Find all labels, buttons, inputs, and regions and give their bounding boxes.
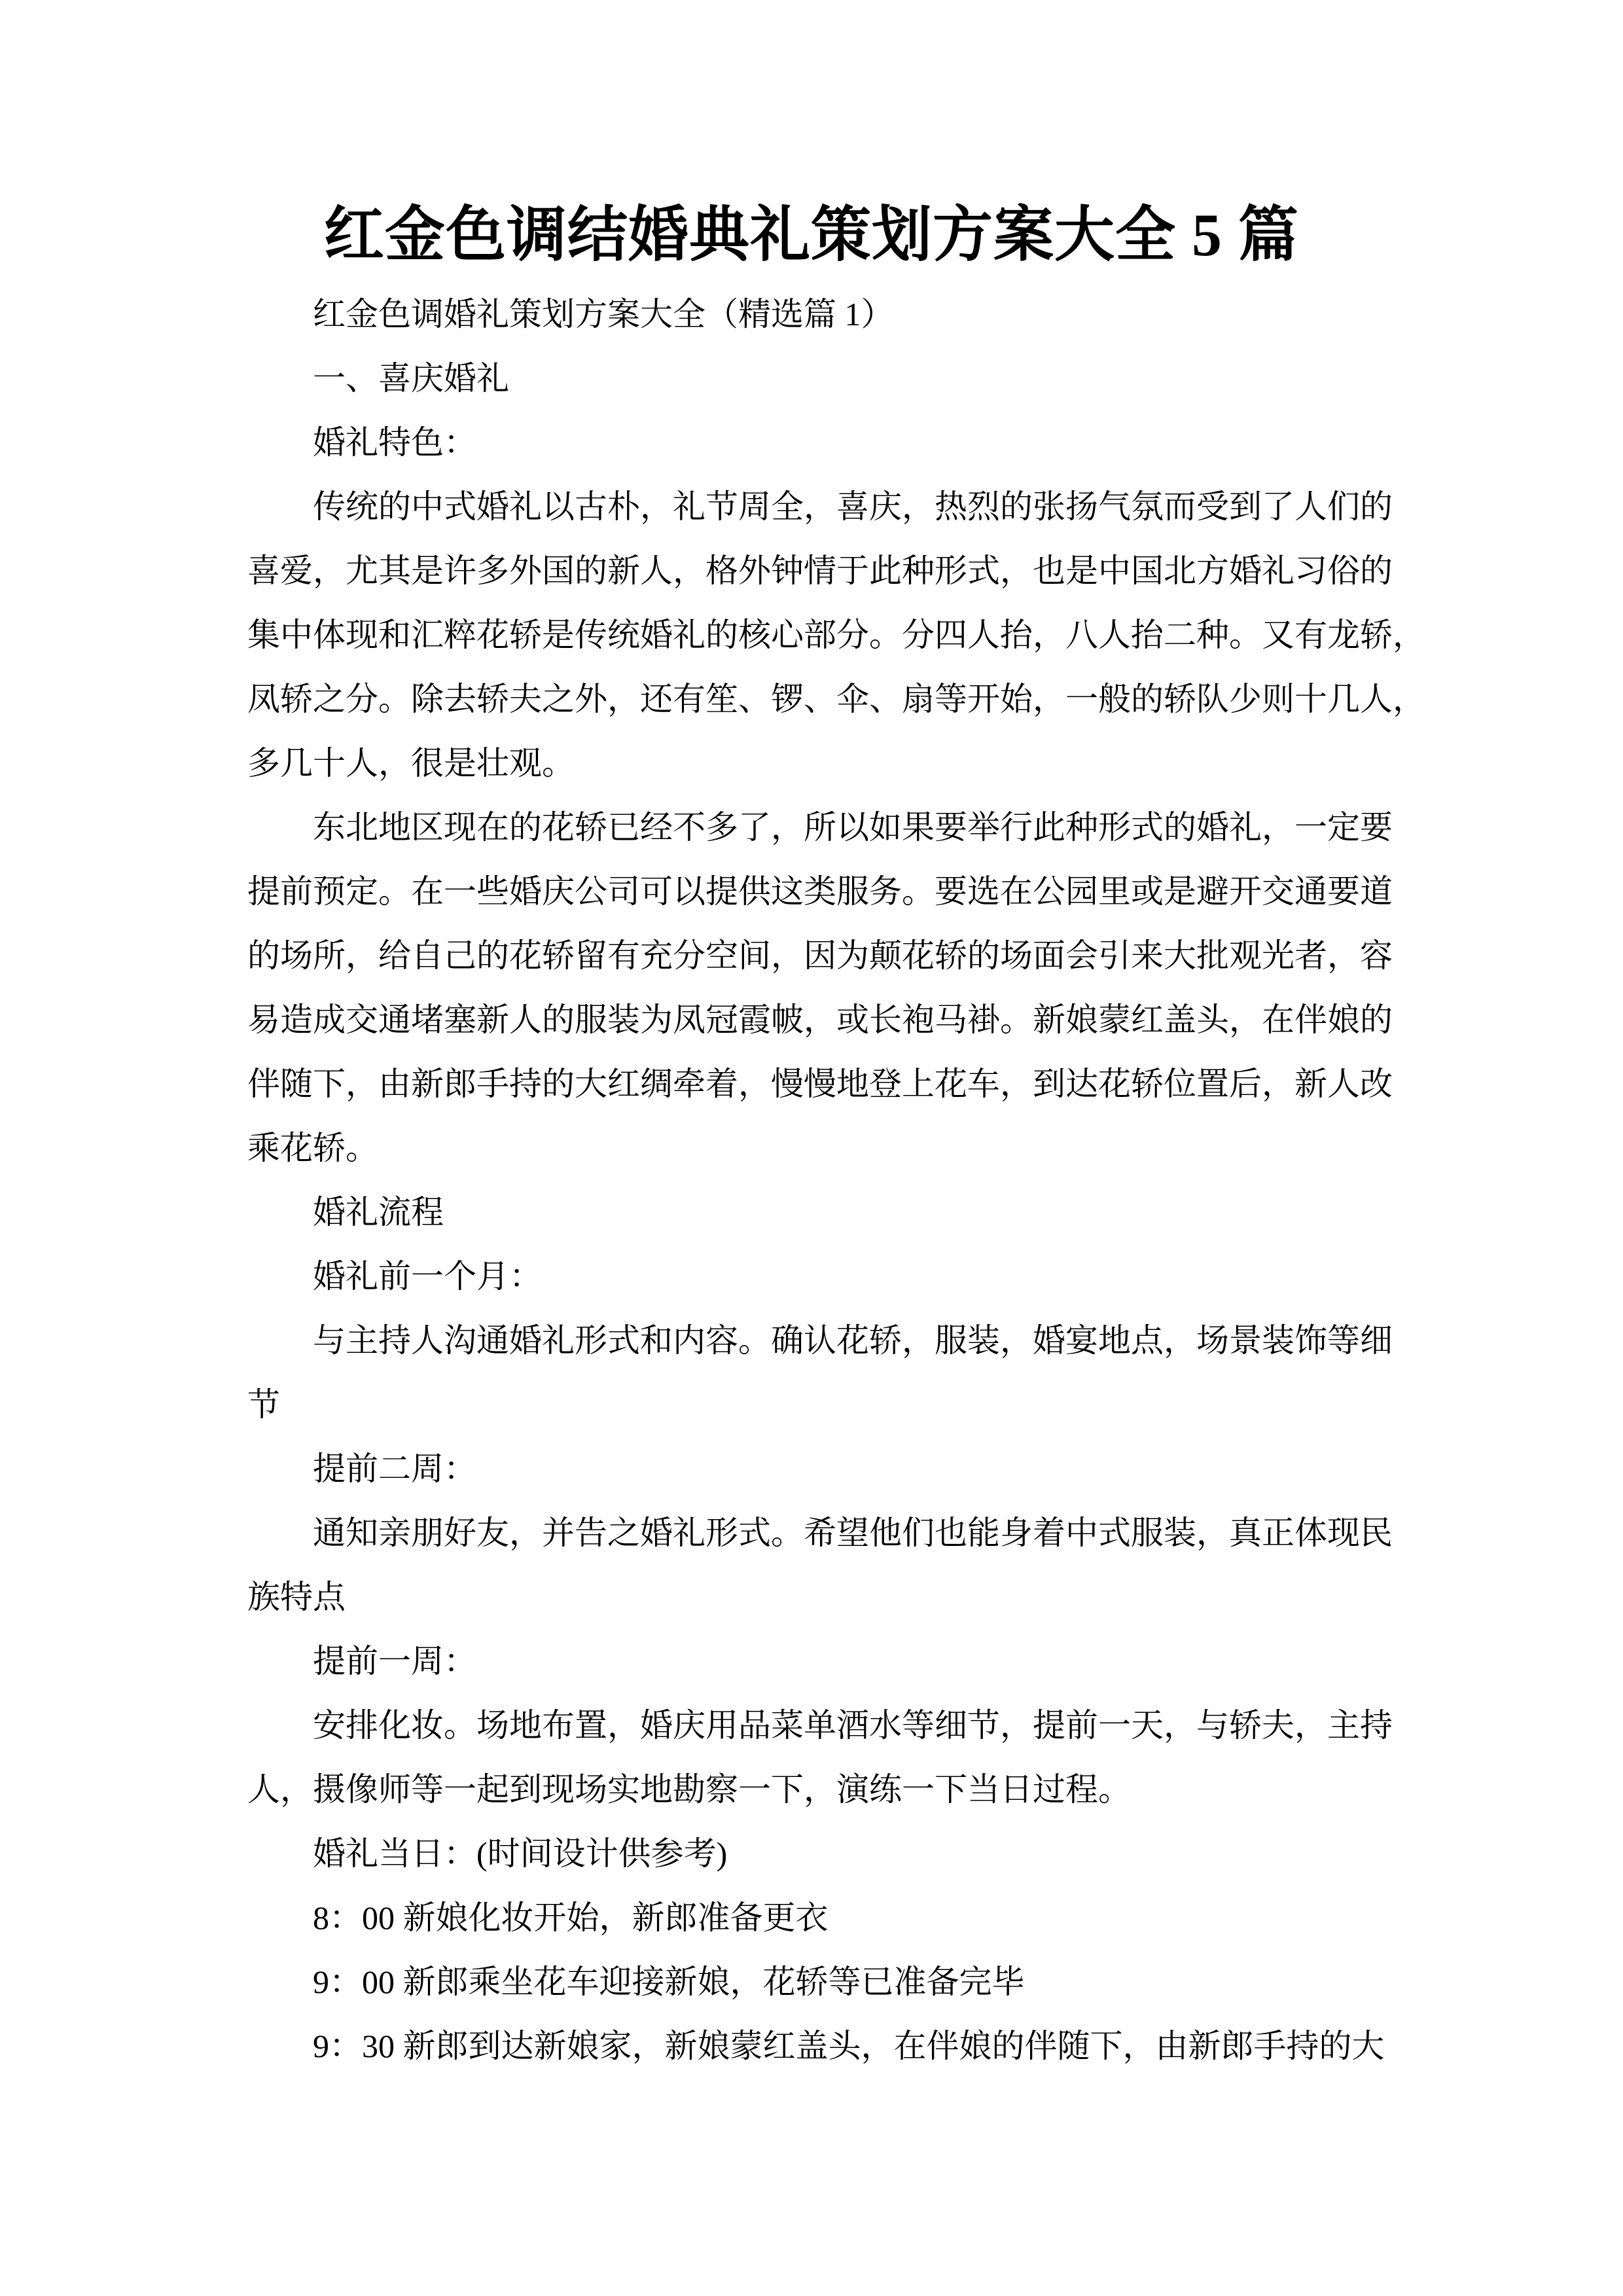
document-page: 红金色调结婚典礼策划方案大全 5 篇 红金色调婚礼策划方案大全（精选篇 1） 一… xyxy=(0,0,1623,2296)
text-line: 集中体现和汇粹花轿是传统婚礼的核心部分。分四人抬，八人抬二种。又有龙轿， xyxy=(247,603,1394,667)
text-line: 9：00 新郎乘坐花车迎接新娘，花轿等已准备完毕 xyxy=(247,1950,1394,2014)
text-line: 喜爱，尤其是许多外国的新人，格外钟情于此种形式，也是中国北方婚礼习俗的 xyxy=(247,539,1394,603)
text-line: 东北地区现在的花轿已经不多了，所以如果要举行此种形式的婚礼，一定要 xyxy=(247,795,1394,859)
text-line: 多几十人，很是壮观。 xyxy=(247,731,1394,795)
text-line: 人，摄像师等一起到现场实地勘察一下，演练一下当日过程。 xyxy=(247,1757,1394,1821)
text-line: 的场所，给自己的花轿留有充分空间，因为颠花轿的场面会引来大批观光者，容 xyxy=(247,924,1394,988)
text-line: 乘花轿。 xyxy=(247,1116,1394,1180)
text-line: 节 xyxy=(247,1372,1394,1437)
text-line: 传统的中式婚礼以古朴，礼节周全，喜庆，热烈的张扬气氛而受到了人们的 xyxy=(247,475,1394,539)
text-line: 婚礼流程 xyxy=(247,1180,1394,1244)
text-line: 通知亲朋好友，并告之婚礼形式。希望他们也能身着中式服装，真正体现民 xyxy=(247,1501,1394,1565)
text-line: 一、喜庆婚礼 xyxy=(247,346,1394,410)
text-line: 凤轿之分。除去轿夫之外，还有笙、锣、伞、扇等开始，一般的轿队少则十几人， xyxy=(247,667,1394,731)
text-line: 婚礼特色： xyxy=(247,410,1394,475)
text-line: 族特点 xyxy=(247,1565,1394,1629)
text-line: 提前预定。在一些婚庆公司可以提供这类服务。要选在公园里或是避开交通要道 xyxy=(247,859,1394,924)
text-line: 伴随下，由新郎手持的大红绸牵着，慢慢地登上花车，到达花轿位置后，新人改 xyxy=(247,1052,1394,1116)
text-line: 红金色调婚礼策划方案大全（精选篇 1） xyxy=(247,282,1394,346)
document-title: 红金色调结婚典礼策划方案大全 5 篇 xyxy=(0,196,1623,274)
text-line: 9：30 新郎到达新娘家，新娘蒙红盖头，在伴娘的伴随下，由新郎手持的大 xyxy=(247,2014,1394,2078)
document-body: 红金色调婚礼策划方案大全（精选篇 1） 一、喜庆婚礼 婚礼特色： 传统的中式婚礼… xyxy=(247,282,1394,2078)
text-line: 提前一周： xyxy=(247,1629,1394,1693)
text-line: 婚礼前一个月： xyxy=(247,1244,1394,1308)
text-line: 安排化妆。场地布置，婚庆用品菜单酒水等细节，提前一天，与轿夫，主持 xyxy=(247,1693,1394,1757)
text-line: 与主持人沟通婚礼形式和内容。确认花轿，服装，婚宴地点，场景装饰等细 xyxy=(247,1308,1394,1372)
text-line: 8：00 新娘化妆开始，新郎准备更衣 xyxy=(247,1886,1394,1950)
text-line: 提前二周： xyxy=(247,1437,1394,1501)
text-line: 婚礼当日：(时间设计供参考) xyxy=(247,1821,1394,1886)
text-line: 易造成交通堵塞新人的服装为凤冠霞帔，或长袍马褂。新娘蒙红盖头，在伴娘的 xyxy=(247,988,1394,1052)
